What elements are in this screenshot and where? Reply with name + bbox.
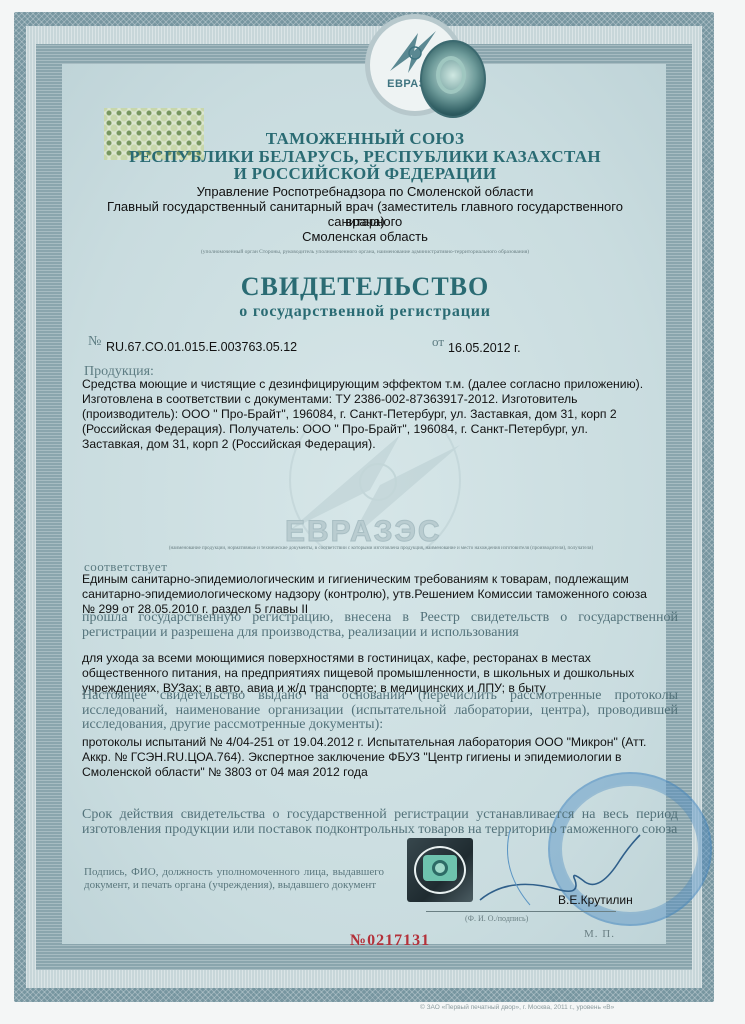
registration-date-prefix: от xyxy=(432,334,444,350)
registration-number-prefix: № xyxy=(88,334,101,350)
registration-statement: прошла государственную регистрацию, внес… xyxy=(82,611,678,640)
hologram-bottom-core xyxy=(423,855,457,881)
registration-date: 16.05.2012 г. xyxy=(448,341,521,355)
usage-line: общественного питания, на предприятиях п… xyxy=(82,666,678,681)
signer-name: В.Е.Крутилин xyxy=(558,893,633,907)
signature-line-caption: (Ф. И. О./подпись) xyxy=(465,914,528,923)
watermark-label: ЕВРАЗЭС xyxy=(285,515,442,549)
basis-statement: Настоящее свидетельство выдано на основа… xyxy=(82,689,678,733)
authority-line3: врача) xyxy=(70,214,660,229)
printer-imprint: © ЗАО «Первый печатный двор», г. Москва,… xyxy=(420,1004,614,1011)
seal-place-label: М. П. xyxy=(584,928,615,940)
usage-line: для ухода за всеми моющимися поверхностя… xyxy=(82,651,678,666)
product-line: Изготовлена в соответствии с документами… xyxy=(82,392,678,407)
registration-number: RU.67.CO.01.015.E.003763.05.12 xyxy=(106,340,297,354)
product-line: Заставкая, дом 31, корп 2 (Российская Фе… xyxy=(82,437,678,452)
authority-line1: Управление Роспотребнадзора по Смоленско… xyxy=(70,184,660,199)
hologram-top-ring xyxy=(436,56,466,94)
union-heading-line3: И РОССИЙСКОЙ ФЕДЕРАЦИИ xyxy=(100,165,630,182)
authority-line4: Смоленская область xyxy=(70,229,660,244)
basis-line: протоколы испытаний № 4/04-251 от 19.04.… xyxy=(82,735,678,750)
signature-line xyxy=(426,911,616,912)
signature-caption: Подпись, ФИО, должность уполномоченного … xyxy=(84,866,384,891)
product-line: (производитель): ООО " Про-Брайт", 19608… xyxy=(82,407,678,422)
basis-line: Смоленской области" № 3803 от 04 мая 201… xyxy=(82,765,678,780)
union-heading-line2: РЕСПУБЛИКИ БЕЛАРУСЬ, РЕСПУБЛИКИ КАЗАХСТА… xyxy=(100,148,630,165)
basis-line: Аккр. № ГСЭН.RU.ЦОА.764). Экспертное зак… xyxy=(82,750,678,765)
conformity-line: санитарно-эпидемиологическому надзору (к… xyxy=(82,587,678,602)
certificate-title: СВИДЕТЕЛЬСТВО xyxy=(100,272,630,302)
conformity-line: Единым санитарно-эпидемиологическим и ги… xyxy=(82,572,678,587)
union-heading-line1: ТАМОЖЕННЫЙ СОЮЗ xyxy=(100,130,630,147)
product-line: Средства моющие и чистящие с дезинфициру… xyxy=(82,377,678,392)
authority-caption: (уполномоченный орган Стороны, руководит… xyxy=(110,249,620,255)
form-serial-number: №0217131 xyxy=(350,932,430,950)
product-caption: (наименование продукции, нормативные и т… xyxy=(86,546,676,551)
product-line: (Российская Федерация). Получатель: ООО … xyxy=(82,422,678,437)
certificate-subtitle: о государственной регистрации xyxy=(100,303,630,321)
